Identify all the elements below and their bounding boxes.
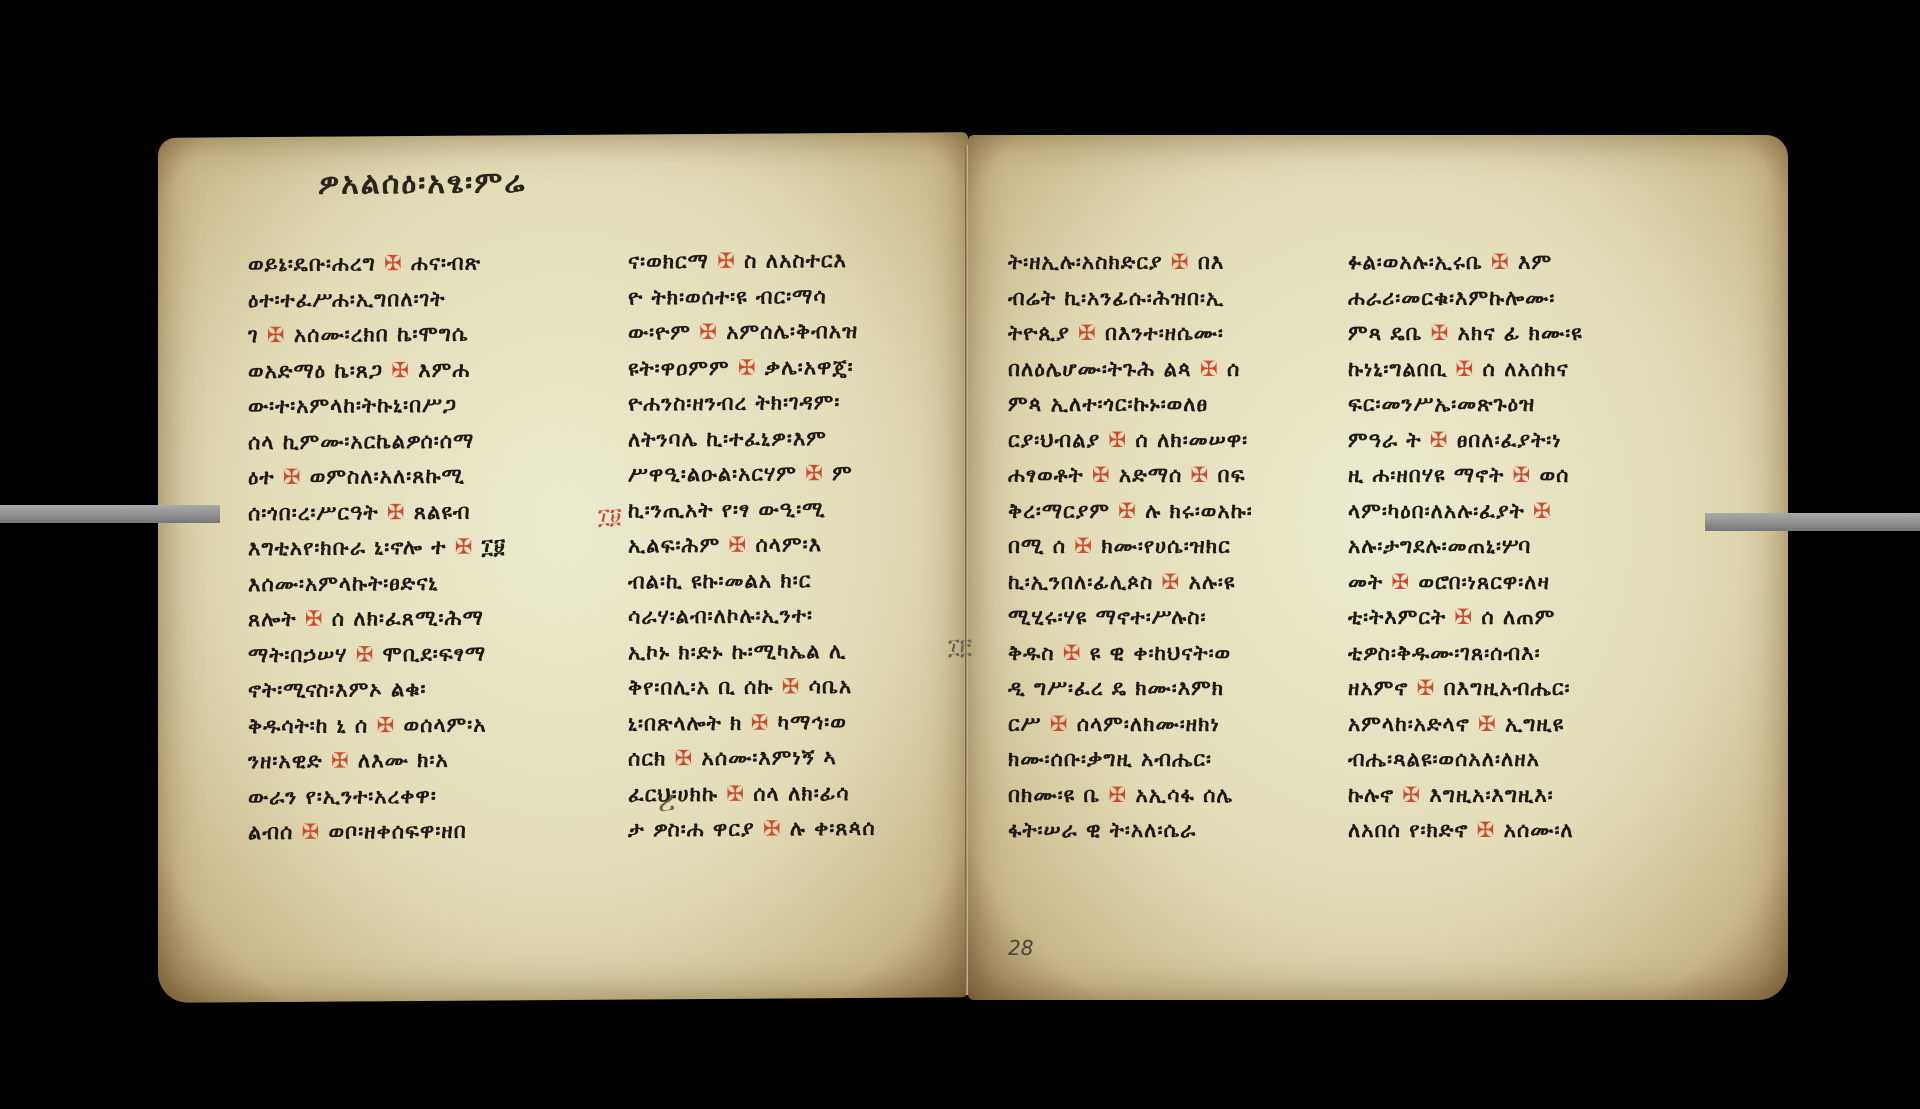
- text-line: ምጳ ኢለተ፡ጎር፡ኩኑ፡ወለፀ: [1008, 387, 1308, 423]
- text-line: ቲ፡ትእምርት ✠ ሰ ለጠም: [1348, 600, 1648, 636]
- text-line: ቅዱስ ✠ ዩ ዊ ቀ፡ከህናት፡ወ: [1008, 636, 1308, 672]
- text-line: ዚ ሐ፡ዘበሃዩ ማኖት ✠ ወሰ: [1348, 458, 1648, 494]
- text-line: አሉ፡ታግደሉ፡መጠኒ፡ሦባ: [1348, 529, 1648, 565]
- text-line: በሚ ሰ ✠ ክሙ፡የሀሴ፡ዝክር: [1008, 529, 1308, 565]
- right-column-1: ት፡ዘኢሉ፡አስክድርያ ✠ በእብሬት ኪ፡አንፊሱ፡ሕዝበ፡ኢትዮጲያ ✠ …: [1008, 245, 1308, 849]
- text-line: ኩነኒ፡ግልበቢ ✠ ሰ ለአሰክና: [1348, 352, 1648, 388]
- text-line: ቅረ፡ማርያም ✠ ሉ ክሩ፡ወአኩ፡: [1008, 494, 1308, 530]
- text-line: ብሬት ኪ፡አንፊሱ፡ሕዝበ፡ኢ: [1008, 281, 1308, 317]
- text-line: ልብሰ ✠ ወቦ፡ዘቀሰፍዋ፡ዘበ: [248, 813, 548, 851]
- text-line: ፉል፡ወአሉ፡ኢሩቤ ✠ እም: [1348, 245, 1648, 281]
- text-line: ዮሐንስ፡ዘንብረ ትክ፡ገዳም፡: [628, 384, 928, 422]
- left-column-2: ና፡ወክርማ ✠ ስ ለአስተርእዮ ትክ፡ወሰተ፡ዩ ብር፡ማሳው፡ዮም ✠ …: [628, 242, 928, 848]
- text-line: ኢኮኑ ክ፡ድኑ ኩ፡ሚካኤል ሊ: [628, 633, 928, 671]
- text-line: ዩት፡ዋዐምም ✠ ቃሌ፡አዋጄ፡: [628, 349, 928, 387]
- text-line: ኩሉኖ ✠ እግዚአ፡እግዚእ፡: [1348, 778, 1648, 814]
- text-line: ዮ ትክ፡ወሰተ፡ዩ ብር፡ማሳ: [628, 278, 928, 316]
- page-header: ዎአልሰዕ፡አፄ፡ምሬ: [318, 165, 527, 201]
- text-line: ዕተ፡ተፈሥሐ፡ኢግበለ፡ገት: [248, 281, 548, 319]
- text-line: አምላከ፡አድላኖ ✠ ኢግዚዩ: [1348, 707, 1648, 743]
- text-line: ሰ፡ጎበ፡ረ፡ሥርዓት ✠ ጸልዩብ: [248, 494, 548, 532]
- left-bookmark-ribbon: [0, 505, 220, 523]
- text-line: ትዮጲያ ✠ በእንተ፡ዘሴሙ፡: [1008, 316, 1308, 352]
- text-line: ሰርክ ✠ አሰሙ፡እምነኝ ኣ: [628, 739, 928, 777]
- text-line: ርሥ ✠ ሰላም፡ለክሙ፡ዘክነ: [1008, 707, 1308, 743]
- text-line: ጸሎት ✠ ሰ ለክ፡ፈጸሚ፡ሕማ: [248, 600, 548, 638]
- text-line: መት ✠ ወሮበ፡ነጸርዋ፡ለዛ: [1348, 565, 1648, 601]
- text-line: ሐፃወቶት ✠ አድማሰ ✠ በፍ: [1008, 458, 1308, 494]
- text-line: ው፡ተ፡አምላከ፡ትኩኒ፡በሥጋ: [248, 387, 548, 425]
- text-line: ው፡ዮም ✠ አምሰሌ፡ቅብአዝ: [628, 313, 928, 351]
- text-line: ብል፡ኪ ዩኩ፡መልአ ክ፡ር: [628, 562, 928, 600]
- text-line: ኪ፡ንጢአት የ፡ፃ ውዒ፡ሚ: [628, 491, 928, 529]
- text-line: በክሙ፡ዩ ቤ ✠ አኢሳፋ ሰሌ: [1008, 778, 1308, 814]
- text-line: ሐራሪ፡መርቁ፡እምኩሎሙ፡: [1348, 281, 1648, 317]
- text-line: ወይኔ፡ዴቡ፡ሐረግ ✠ ሐና፡ብጽ: [248, 245, 548, 283]
- text-line: ንዘ፡አዊድ ✠ ለእሙ ክ፡አ: [248, 742, 548, 780]
- text-line: ሚሂሩ፡ሃዩ ማኖተ፡ሥሉስ፡: [1008, 600, 1308, 636]
- text-line: እሰሙ፡አምላኩት፡ፀድናኒ: [248, 565, 548, 603]
- text-line: ገ ✠ አሰሙ፡ረክበ ኬ፡ሞግሴ: [248, 316, 548, 354]
- text-line: ወአድማዕ ኬ፡ጸጋ ✠ እምሐ: [248, 352, 548, 390]
- stamp-glyph: ሪ: [658, 784, 676, 819]
- text-line: ሰላ ኪምሙ፡አርኬልዎሰ፡ሰማ: [248, 423, 548, 461]
- text-line: እግቲአየ፡ክቡራ ኒ፡ኖሎ ተ ✠ ፲፱: [248, 529, 548, 567]
- text-line: ቲዎስ፡ቅዱሙ፡ገጸ፡ሰብእ፡: [1348, 636, 1648, 672]
- text-line: ት፡ዘኢሉ፡አስክድርያ ✠ በእ: [1008, 245, 1308, 281]
- marginal-numeral: ፲፫: [948, 635, 972, 660]
- text-line: ቅየ፡በሊ፡አ ቢ ሰኩ ✠ ሳቤአ: [628, 668, 928, 706]
- text-line: ምጻ ዴቤ ✠ አክና ፊ ክሙ፡ዩ: [1348, 316, 1648, 352]
- left-column-1: ወይኔ፡ዴቡ፡ሐረግ ✠ ሐና፡ብጽዕተ፡ተፈሥሐ፡ኢግበለ፡ገትገ ✠ አሰሙ…: [248, 245, 548, 851]
- text-line: ምዓራ ት ✠ ፀበለ፡ፈያት፡ነ: [1348, 423, 1648, 459]
- text-line: ፋት፡ሠራ ዊ ት፡አለ፡ሴራ: [1008, 813, 1308, 849]
- marginal-numeral: ፲፱: [598, 505, 621, 530]
- text-line: ሥዋዒ፡ልዑል፡አርሃም ✠ ም: [628, 455, 928, 493]
- right-column-2: ፉል፡ወአሉ፡ኢሩቤ ✠ እምሐራሪ፡መርቁ፡እምኩሎሙ፡ምጻ ዴቤ ✠ አክና…: [1348, 245, 1648, 849]
- text-line: ላም፡ካዕበ፡ለአሉ፡ፈያት ✠: [1348, 494, 1648, 530]
- text-line: ማት፡በኃሠሃ ✠ ሞቢደ፡ፍፃማ: [248, 636, 548, 674]
- text-line: ለአበሰ የ፡ክድኖ ✠ አሰሙ፡ለ: [1348, 813, 1648, 849]
- page-number: 28: [1008, 936, 1033, 960]
- text-line: ፍር፡መንሥኤ፡መጽጉዕዝ: [1348, 387, 1648, 423]
- text-line: ዕተ ✠ ወምስለ፡አለ፡ጸኩሚ: [248, 458, 548, 496]
- text-line: ቅዱሳት፡ከ ኒ ሰ ✠ ወሰላም፡አ: [248, 707, 548, 745]
- text-line: ዲ ግሥ፡ፈረ ዴ ክሙ፡እምክ: [1008, 671, 1308, 707]
- right-page: ት፡ዘኢሉ፡አስክድርያ ✠ በእብሬት ኪ፡አንፊሱ፡ሕዝበ፡ኢትዮጲያ ✠ …: [968, 135, 1788, 1000]
- text-line: ብሔ፡ጻልዩ፡ወሰአለ፡ለዘአ: [1348, 742, 1648, 778]
- text-line: ኪ፡ኢንበለ፡ፊሊጶስ ✠ አሉ፡ዩ: [1008, 565, 1308, 601]
- text-line: ሳራሃ፡ልብ፡ለኮሉ፡ኢንተ፡: [628, 597, 928, 635]
- manuscript: ዎአልሰዕ፡አፄ፡ምሬ ወይኔ፡ዴቡ፡ሐረግ ✠ ሐና፡ብጽዕተ፡ተፈሥሐ፡ኢግ…: [150, 135, 1790, 1005]
- text-line: በለዕሌሆሙ፡ትጉሕ ልጳ ✠ ሰ: [1008, 352, 1308, 388]
- text-line: ለትንባሌ ኪ፡ተፈኒዎ፡እም: [628, 420, 928, 458]
- text-line: ርያ፡ህብልያ ✠ ሰ ለክ፡መሠዋ፡: [1008, 423, 1308, 459]
- left-page: ዎአልሰዕ፡አፄ፡ምሬ ወይኔ፡ዴቡ፡ሐረግ ✠ ሐና፡ብጽዕተ፡ተፈሥሐ፡ኢግ…: [158, 132, 968, 1003]
- text-line: ኖት፡ሚናስ፡እምኦ ልቁ፡: [248, 671, 548, 709]
- right-bookmark-ribbon: [1705, 513, 1920, 531]
- text-line: ክሙ፡ሰቡ፡ቃግዚ አብሔር፡: [1008, 742, 1308, 778]
- text-line: ኒ፡በጽላሎት ክ ✠ ካማኅ፡ወ: [628, 704, 928, 742]
- text-line: ዘአምኖ ✠ በእግዚአብሔር፡: [1348, 671, 1648, 707]
- text-line: ኢልፍ፡ሕም ✠ ሰላም፡እ: [628, 526, 928, 564]
- text-line: ና፡ወክርማ ✠ ስ ለአስተርእ: [628, 242, 928, 280]
- text-line: ውራን የ፡ኢንተ፡አረቀዋ፡: [248, 778, 548, 816]
